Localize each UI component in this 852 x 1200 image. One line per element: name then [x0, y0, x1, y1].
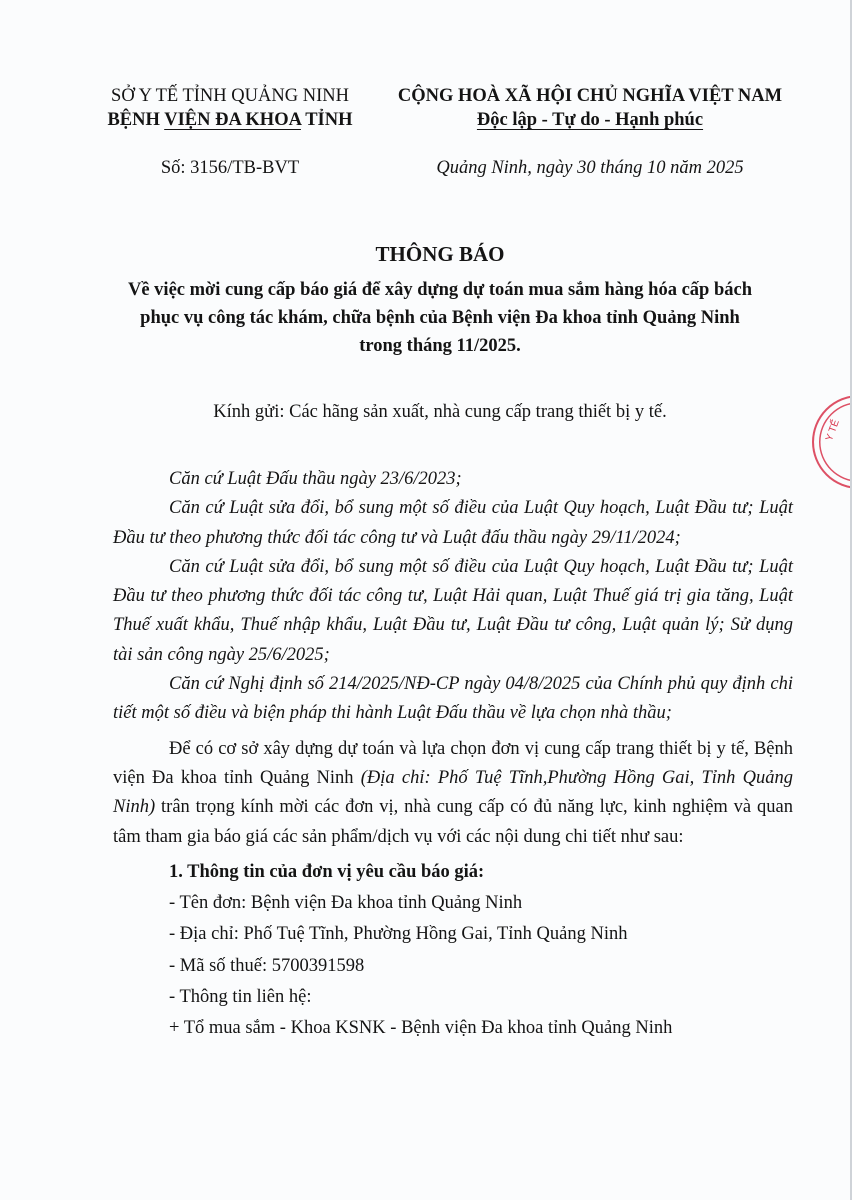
info-item: - Địa chỉ: Phố Tuệ Tĩnh, Phường Hồng Gai…	[113, 920, 793, 949]
legal-basis: Căn cứ Nghị định số 214/2025/NĐ-CP ngày …	[113, 670, 793, 729]
info-item: + Tổ mua sắm - Khoa KSNK - Bệnh viện Đa …	[113, 1014, 793, 1043]
intro-paragraph: Để có cơ sở xây dựng dự toán và lựa chọn…	[113, 735, 793, 852]
parent-agency: SỞ Y TẾ TỈNH QUẢNG NINH	[80, 84, 380, 108]
document-page: SỞ Y TẾ TỈNH QUẢNG NINH BỆNH VIỆN ĐA KHO…	[0, 0, 852, 1200]
country-name: CỘNG HOÀ XÃ HỘI CHỦ NGHĨA VIỆT NAM	[380, 84, 800, 108]
document-title: THÔNG BÁO	[80, 242, 800, 267]
document-date: Quảng Ninh, ngày 30 tháng 10 năm 2025	[380, 158, 800, 179]
recipient-line: Kính gửi: Các hãng sản xuất, nhà cung cấ…	[80, 402, 800, 423]
document-number: Số: 3156/TB-BVT	[80, 158, 380, 179]
document-body: Căn cứ Luật Đấu thầu ngày 23/6/2023; Căn…	[113, 465, 793, 1044]
issuing-agency: SỞ Y TẾ TỈNH QUẢNG NINH BỆNH VIỆN ĐA KHO…	[80, 84, 380, 132]
info-item: - Mã số thuế: 5700391598	[113, 952, 793, 981]
legal-basis: Căn cứ Luật Đấu thầu ngày 23/6/2023;	[113, 465, 793, 494]
national-motto: CỘNG HOÀ XÃ HỘI CHỦ NGHĨA VIỆT NAM Độc l…	[380, 84, 800, 132]
section-heading: 1. Thông tin của đơn vị yêu cầu báo giá:	[113, 858, 793, 887]
info-item: - Tên đơn: Bệnh viện Đa khoa tỉnh Quảng …	[113, 889, 793, 918]
agency-name: BỆNH VIỆN ĐA KHOA TỈNH	[80, 108, 380, 132]
document-subtitle: Về việc mời cung cấp báo giá để xây dựng…	[120, 276, 760, 360]
info-item: - Thông tin liên hệ:	[113, 983, 793, 1012]
legal-basis: Căn cứ Luật sửa đổi, bổ sung một số điều…	[113, 494, 793, 553]
legal-basis: Căn cứ Luật sửa đổi, bổ sung một số điều…	[113, 553, 793, 670]
motto: Độc lập - Tự do - Hạnh phúc	[380, 108, 800, 132]
